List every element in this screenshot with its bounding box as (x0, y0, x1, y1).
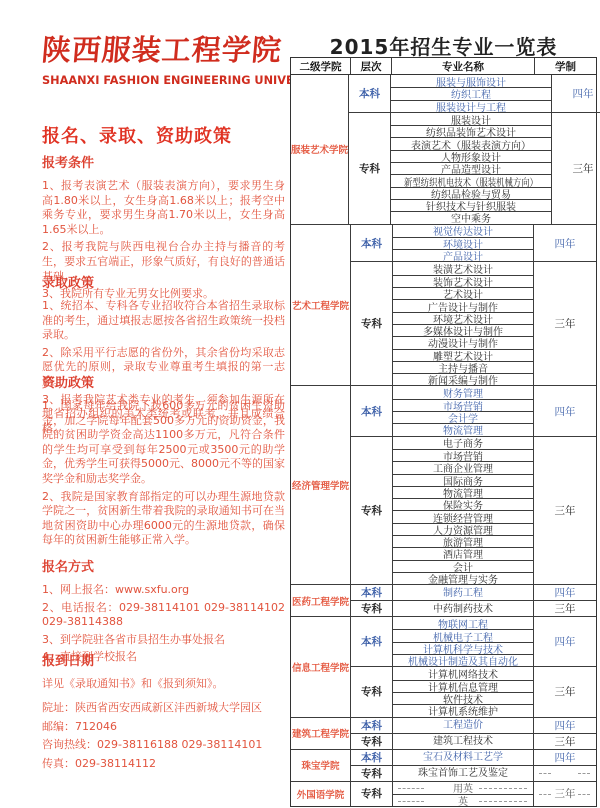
level-row: 专科计算机网络技术计算机信息管理软件技术计算机系统维护三年 (351, 666, 596, 716)
level-row: 专科服装设计纺织品装饰艺术设计表演艺术（服装表演方向）人物形象设计产品造型设计新… (349, 112, 600, 224)
major-cell: 会计学 (393, 411, 533, 423)
major-name: 服装设计 (451, 113, 491, 125)
level-blocks: 本科视觉传达设计环境设计产品设计四年专科装潢艺术设计装饰艺术设计艺术设计广告设计… (350, 225, 596, 386)
duration-cell: 四年 (534, 225, 596, 262)
level-cell: 本科 (351, 225, 392, 262)
table-group: 医药工程学院本科制药工程四年专科中药制药技术三年 (291, 584, 596, 616)
section-paragraph: 2、我院是国家教育部指定的可以办理生源地贷款学院之一，贫困新生带着我院的录取通知… (42, 490, 285, 548)
major-list: 用英英 (392, 782, 534, 807)
section-paragraph: 详见《录取通知书》和《报到须知》。 (42, 677, 285, 692)
duration-cell: 四年 (534, 718, 596, 733)
section-paragraph: 1、统招本、专科各专业招收符合本省招生录取标准的考生，通过填报志愿按各省招生政策… (42, 299, 285, 343)
major-cell: 旅游管理 (393, 535, 533, 547)
section-报到日期: 报到日期详见《录取通知书》和《报到须知》。 (42, 650, 285, 695)
level-row: 专科装潢艺术设计装饰艺术设计艺术设计广告设计与制作环境艺术设计多媒体设计与制作动… (351, 261, 596, 385)
major-cell: 金融管理与实务 (393, 572, 533, 584)
level-row: 本科制药工程四年 (351, 585, 596, 600)
college-cell: 珠宝学院 (291, 750, 350, 781)
major-cell: 纺织工程 (391, 87, 551, 99)
major-cell: 中药制药技术 (393, 601, 533, 613)
major-name: 国际商务 (443, 474, 483, 486)
duration-cell: 四年 (534, 617, 596, 666)
major-list: 中药制药技术 (392, 601, 534, 616)
level-blocks: 专科用英英三年 (350, 782, 596, 807)
major-cell: 工商企业管理 (393, 461, 533, 473)
duration-cell: 三年 (534, 262, 596, 385)
major-name: 市场营销 (443, 399, 483, 411)
major-cell: 机械电子工程 (393, 629, 533, 641)
major-list: 物联网工程机械电子工程计算机科学与技术机械设计制造及其自动化 (392, 617, 534, 666)
major-name: 针织技术与针织服装 (426, 199, 516, 211)
major-cell: 新闻采编与制作 (393, 373, 533, 385)
level-cell: 本科 (351, 617, 392, 666)
major-list: 财务管理市场营销会计学物流管理 (392, 386, 534, 435)
level-blocks: 本科服装与服饰设计纺织工程服装设计与工程四年专科服装设计纺织品装饰艺术设计表演艺… (348, 75, 600, 224)
major-name: 纺织工程 (451, 87, 491, 99)
level-row: 本科工程造价四年 (351, 718, 596, 733)
majors-table: 二级学院 层次 专业名称 学制 服装艺术学院本科服装与服饰设计纺织工程服装设计与… (290, 57, 597, 807)
major-name: 装潢艺术设计 (433, 262, 493, 274)
section-heading: 报名方式 (42, 556, 285, 575)
major-name: 环境设计 (443, 237, 483, 249)
major-cell: 物流管理 (393, 486, 533, 498)
major-name: 计算机科学与技术 (423, 642, 503, 654)
major-name: 保险实务 (443, 498, 483, 510)
major-name: 装饰艺术设计 (433, 275, 493, 287)
duration-cell: 三年 (534, 601, 596, 616)
major-name: 表演艺术（服装表演方向） (411, 137, 531, 149)
college-cell: 艺术工程学院 (291, 225, 350, 386)
level-row: 专科用英英三年 (351, 782, 596, 807)
major-cell: 纺织品检验与贸易 (391, 187, 551, 199)
major-name: 产品设计 (443, 249, 483, 261)
major-name: 工商企业管理 (433, 461, 493, 473)
left-column: 陕西服装工程学院 SHAANXI FASHION ENGINEERING UNI… (42, 0, 287, 808)
major-list: 装潢艺术设计装饰艺术设计艺术设计广告设计与制作环境艺术设计多媒体设计与制作动漫设… (392, 262, 534, 385)
level-row: 本科物联网工程机械电子工程计算机科学与技术机械设计制造及其自动化四年 (351, 617, 596, 666)
major-cell: 表演艺术（服装表演方向） (391, 137, 551, 149)
major-cell: 电子商务 (393, 437, 533, 449)
major-name: 中药制药技术 (433, 601, 493, 613)
major-cell: 人物形象设计 (391, 150, 551, 162)
major-name: 人物形象设计 (441, 150, 501, 162)
major-cell: 空中乘务 (391, 211, 551, 223)
duration-cell (534, 766, 596, 781)
major-cell: 动漫设计与制作 (393, 336, 533, 348)
table-group: 经济管理学院本科财务管理市场营销会计学物流管理四年专科电子商务市场营销工商企业管… (291, 385, 596, 584)
major-list: 建筑工程技术 (392, 734, 534, 749)
college-cell: 建筑工程学院 (291, 718, 350, 749)
level-row: 本科宝石及材料工艺学四年 (351, 750, 596, 765)
major-list: 服装与服饰设计纺织工程服装设计与工程 (390, 75, 552, 112)
major-cell: 服装与服饰设计 (391, 75, 551, 87)
major-name: 会计 (453, 560, 473, 572)
major-cell: 建筑工程技术 (393, 734, 533, 746)
major-cell: 多媒体设计与制作 (393, 324, 533, 336)
major-cell: 保险实务 (393, 498, 533, 510)
level-cell: 本科 (351, 718, 392, 733)
major-name: 服装与服饰设计 (436, 75, 506, 87)
major-cell: 装饰艺术设计 (393, 275, 533, 287)
major-cell: 工程造价 (393, 718, 533, 730)
major-cell: 珠宝首饰工艺及鉴定 (393, 766, 533, 778)
policies-heading: 报名、录取、资助政策 (42, 122, 232, 148)
table-group: 建筑工程学院本科工程造价四年专科建筑工程技术三年 (291, 717, 596, 749)
major-list: 视觉传达设计环境设计产品设计 (392, 225, 534, 262)
level-blocks: 本科制药工程四年专科中药制药技术三年 (350, 585, 596, 616)
major-cell: 服装设计 (391, 113, 551, 125)
section-heading: 报到日期 (42, 650, 285, 669)
major-cell: 会计 (393, 560, 533, 572)
table-header-row: 二级学院 层次 专业名称 学制 (291, 58, 596, 75)
duration-cell: 四年 (534, 585, 596, 600)
section-paragraph: 1、国家每年给我院下拨600多万元的贫困生资助金，加之学院每年配套500多万元的… (42, 399, 285, 487)
major-cell: 英 (393, 794, 533, 806)
major-name: 人力资源管理 (433, 523, 493, 535)
university-logo-english: SHAANXI FASHION ENGINEERING UNIVERSITY (42, 74, 287, 87)
major-name: 计算机系统维护 (428, 704, 498, 716)
college-cell: 服装艺术学院 (291, 75, 348, 224)
column-header-college: 二级学院 (291, 58, 350, 74)
major-cell: 计算机系统维护 (393, 704, 533, 716)
level-row: 专科珠宝首饰工艺及鉴定 (351, 765, 596, 781)
major-cell: 产品造型设计 (391, 162, 551, 174)
level-row: 本科财务管理市场营销会计学物流管理四年 (351, 386, 596, 435)
major-name: 财务管理 (443, 386, 483, 398)
major-name: 计算机信息管理 (428, 680, 498, 692)
level-cell: 本科 (351, 386, 392, 435)
major-cell: 计算机科学与技术 (393, 642, 533, 654)
level-row: 专科电子商务市场营销工商企业管理国际商务物流管理保险实务连锁经营管理人力资源管理… (351, 436, 596, 585)
major-cell: 计算机网络技术 (393, 667, 533, 679)
level-blocks: 本科宝石及材料工艺学四年专科珠宝首饰工艺及鉴定 (350, 750, 596, 781)
major-name: 建筑工程技术 (433, 734, 493, 746)
major-name: 旅游管理 (443, 535, 483, 547)
table-group: 珠宝学院本科宝石及材料工艺学四年专科珠宝首饰工艺及鉴定 (291, 749, 596, 781)
major-name: 连锁经营管理 (433, 510, 493, 522)
section-heading: 报考条件 (42, 152, 285, 171)
major-cell: 新型纺织机电技术（服装机械方向） (391, 174, 551, 186)
major-name: 艺术设计 (443, 287, 483, 299)
major-cell: 广告设计与制作 (393, 299, 533, 311)
contact-line: 传真：029-38114112 (42, 756, 285, 772)
level-row: 专科中药制药技术三年 (351, 600, 596, 616)
major-name: 用英 (453, 782, 473, 794)
major-cell: 服装设计与工程 (391, 100, 551, 112)
major-name: 动漫设计与制作 (428, 336, 498, 348)
section-paragraph: 1、网上报名：www.sxfu.org (42, 583, 285, 598)
duration-cell: 三年 (534, 782, 596, 807)
major-name: 环境艺术设计 (433, 312, 493, 324)
level-cell: 专科 (351, 766, 392, 781)
major-cell: 艺术设计 (393, 287, 533, 299)
level-blocks: 本科财务管理市场营销会计学物流管理四年专科电子商务市场营销工商企业管理国际商务物… (350, 386, 596, 584)
major-name: 物流管理 (443, 486, 483, 498)
major-cell: 市场营销 (393, 399, 533, 411)
table-group: 信息工程学院本科物联网工程机械电子工程计算机科学与技术机械设计制造及其自动化四年… (291, 616, 596, 716)
duration-cell: 三年 (534, 734, 596, 749)
duration-cell: 四年 (552, 75, 600, 112)
table-group: 艺术工程学院本科视觉传达设计环境设计产品设计四年专科装潢艺术设计装饰艺术设计艺术… (291, 224, 596, 386)
level-blocks: 本科物联网工程机械电子工程计算机科学与技术机械设计制造及其自动化四年专科计算机网… (350, 617, 596, 716)
major-cell: 计算机信息管理 (393, 680, 533, 692)
major-list: 服装设计纺织品装饰艺术设计表演艺术（服装表演方向）人物形象设计产品造型设计新型纺… (390, 113, 552, 224)
major-name: 机械电子工程 (433, 629, 493, 641)
admissions-flyer-page: 陕西服装工程学院 SHAANXI FASHION ENGINEERING UNI… (0, 0, 600, 808)
level-cell: 本科 (351, 585, 392, 600)
major-list: 宝石及材料工艺学 (392, 750, 534, 765)
major-name: 制药工程 (443, 585, 483, 597)
major-cell: 产品设计 (393, 249, 533, 261)
major-cell: 制药工程 (393, 585, 533, 597)
contact-line: 院址：陕西省西安西咸新区沣西新城大学园区 (42, 700, 285, 716)
level-cell: 专科 (351, 437, 392, 585)
major-cell: 环境设计 (393, 237, 533, 249)
level-cell: 专科 (351, 734, 392, 749)
university-logo-chinese: 陕西服装工程学院 (40, 28, 289, 69)
major-name: 纺织品装饰艺术设计 (426, 125, 516, 137)
major-name: 英 (458, 794, 468, 806)
section-资助政策: 资助政策1、国家每年给我院下拨600多万元的贫困生资助金，加之学院每年配套500… (42, 372, 285, 551)
level-row: 专科建筑工程技术三年 (351, 733, 596, 749)
major-cell: 软件技术 (393, 692, 533, 704)
contact-line: 邮编：712046 (42, 719, 285, 735)
major-list: 电子商务市场营销工商企业管理国际商务物流管理保险实务连锁经营管理人力资源管理旅游… (392, 437, 534, 585)
major-name: 主持与播音 (438, 361, 488, 373)
duration-cell: 三年 (534, 437, 596, 585)
major-name: 工程造价 (443, 718, 483, 730)
major-cell: 国际商务 (393, 474, 533, 486)
college-cell: 外国语学院 (291, 782, 350, 807)
major-cell: 酒店管理 (393, 547, 533, 559)
major-name: 市场营销 (443, 449, 483, 461)
major-cell: 针织技术与针织服装 (391, 199, 551, 211)
level-cell: 专科 (351, 262, 392, 385)
level-cell: 专科 (351, 667, 392, 716)
level-cell: 本科 (351, 750, 392, 765)
university-logo: 陕西服装工程学院 SHAANXI FASHION ENGINEERING UNI… (42, 28, 287, 87)
column-header-duration: 学制 (534, 58, 596, 74)
major-cell: 用英 (393, 782, 533, 794)
major-name: 电子商务 (443, 437, 483, 449)
major-name: 计算机网络技术 (428, 667, 498, 679)
major-name: 视觉传达设计 (433, 225, 493, 237)
major-cell: 机械设计制造及其自动化 (393, 654, 533, 666)
major-cell: 连锁经营管理 (393, 510, 533, 522)
level-cell: 专科 (351, 601, 392, 616)
column-header-major: 专业名称 (391, 58, 534, 74)
table-title: 2015年招生专业一览表 (290, 31, 597, 60)
duration-cell: 四年 (534, 750, 596, 765)
major-cell: 雕塑艺术设计 (393, 349, 533, 361)
duration-cell: 三年 (534, 667, 596, 716)
major-list: 计算机网络技术计算机信息管理软件技术计算机系统维护 (392, 667, 534, 716)
major-cell: 环境艺术设计 (393, 312, 533, 324)
column-header-level: 层次 (350, 58, 391, 74)
table-group: 服装艺术学院本科服装与服饰设计纺织工程服装设计与工程四年专科服装设计纺织品装饰艺… (291, 75, 596, 224)
major-name: 机械设计制造及其自动化 (408, 654, 518, 666)
major-cell: 主持与播音 (393, 361, 533, 373)
major-list: 珠宝首饰工艺及鉴定 (392, 766, 534, 781)
level-cell: 本科 (349, 75, 390, 112)
college-cell: 经济管理学院 (291, 386, 350, 584)
major-name: 广告设计与制作 (428, 299, 498, 311)
major-name: 酒店管理 (443, 547, 483, 559)
major-name: 宝石及材料工艺学 (423, 750, 503, 762)
major-name: 新闻采编与制作 (428, 373, 498, 385)
major-name: 金融管理与实务 (428, 572, 498, 584)
major-name: 产品造型设计 (441, 162, 501, 174)
major-cell: 装潢艺术设计 (393, 262, 533, 274)
section-paragraph: 3、到学院驻各省市县招生办事处报名 (42, 633, 285, 648)
table-group: 外国语学院专科用英英三年 (291, 781, 596, 807)
major-name: 物流管理 (443, 423, 483, 435)
section-paragraph: 2、电话报名：029-38114101 029-38114102 029-381… (42, 601, 285, 630)
major-name: 会计学 (448, 411, 478, 423)
major-cell: 视觉传达设计 (393, 225, 533, 237)
major-list: 制药工程 (392, 585, 534, 600)
major-name: 纺织品检验与贸易 (431, 187, 511, 199)
level-cell: 专科 (349, 113, 390, 224)
level-row: 本科服装与服饰设计纺织工程服装设计与工程四年 (349, 75, 600, 112)
major-name: 物联网工程 (438, 617, 488, 629)
major-name: 软件技术 (443, 692, 483, 704)
duration-cell: 三年 (552, 113, 600, 224)
college-cell: 信息工程学院 (291, 617, 350, 716)
major-cell: 市场营销 (393, 449, 533, 461)
major-cell: 纺织品装饰艺术设计 (391, 125, 551, 137)
major-name: 服装设计与工程 (436, 100, 506, 112)
major-cell: 人力资源管理 (393, 523, 533, 535)
major-cell: 物联网工程 (393, 617, 533, 629)
major-name: 多媒体设计与制作 (423, 324, 503, 336)
major-cell: 物流管理 (393, 423, 533, 435)
major-cell: 财务管理 (393, 386, 533, 398)
contact-block: 院址：陕西省西安西咸新区沣西新城大学园区邮编：712046咨询热线：029-38… (42, 700, 285, 774)
major-name: 新型纺织机电技术（服装机械方向） (404, 174, 538, 186)
contact-line: 咨询热线：029-38116188 029-38114101 (42, 737, 285, 753)
major-name: 空中乘务 (451, 211, 491, 223)
level-blocks: 本科工程造价四年专科建筑工程技术三年 (350, 718, 596, 749)
major-name: 雕塑艺术设计 (433, 349, 493, 361)
major-cell: 宝石及材料工艺学 (393, 750, 533, 762)
level-row: 本科视觉传达设计环境设计产品设计四年 (351, 225, 596, 262)
duration-cell: 四年 (534, 386, 596, 435)
college-cell: 医药工程学院 (291, 585, 350, 616)
section-heading: 资助政策 (42, 372, 285, 391)
level-cell: 专科 (351, 782, 392, 807)
major-list: 工程造价 (392, 718, 534, 733)
section-paragraph: 1、报考表演艺术（服装表演方向），要求男生身高1.80米以上，女生身高1.68米… (42, 179, 285, 237)
section-heading: 录取政策 (42, 272, 285, 291)
major-name: 珠宝首饰工艺及鉴定 (418, 766, 508, 778)
